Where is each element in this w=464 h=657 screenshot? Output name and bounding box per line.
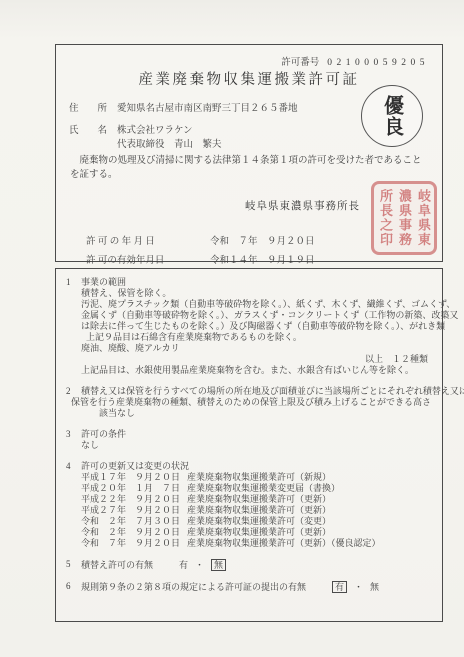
scope-total: 以上 １２種類: [81, 354, 432, 365]
scanned-permit-document: 許可番号02100059205 産業廃棄物収集運搬業許可証 住 所愛知県名古屋市…: [0, 0, 464, 657]
history-desc: 産業廃棄物収集運搬業許可（更新）: [187, 505, 331, 516]
issuer-title: 岐阜県東濃県事務所長: [245, 198, 360, 213]
option-yes-selected: 有: [332, 581, 347, 593]
certification-statement: 廃棄物の処理及び清掃に関する法律第１４条第１項の許可を受けた者であることを証する…: [70, 155, 428, 182]
official-red-seal: 岐阜県東濃県事務所長之印: [371, 181, 437, 255]
section-number: 1: [66, 277, 81, 376]
conditions-heading: 許可の条件: [81, 429, 432, 440]
option-separator: ・: [195, 560, 204, 571]
history-date: 令和 ２年 ９月２０日: [81, 527, 187, 538]
submission-label: 規則第９条の２第８項の規定による許可証の提出の有無: [81, 582, 306, 593]
history-row: 平成１７年 ９月２０日 産業廃棄物収集運搬業許可（新規）: [81, 472, 432, 483]
history-date: 令和 ７年 ９月２０日: [81, 538, 187, 549]
history-row: 令和 ２年 ７月３０日 産業廃棄物収集運搬業許可（変更）: [81, 516, 432, 527]
scope-line: 廃油、廃酸、廃アルカリ: [81, 343, 432, 354]
numbered-sections: 1 事業の範囲 積替え、保管を除く。 汚泥、廃プラスチック類（自動車等破砕物を除…: [56, 269, 442, 621]
transfer-permit-label: 積替え許可の有無: [81, 560, 153, 571]
transfer-line: 積替え又は保管を行うすべての場所の所在地及び面積並びに当該場所ごとにそれぞれ積替…: [81, 386, 432, 397]
permit-details-box: 1 事業の範囲 積替え、保管を除く。 汚泥、廃プラスチック類（自動車等破砕物を除…: [55, 268, 443, 622]
history-desc: 産業廃棄物収集運搬業許可（新規）: [187, 472, 331, 483]
history-row: 令和 ２年 ９月２０日 産業廃棄物収集運搬業許可（更新）: [81, 527, 432, 538]
excellent-certification-badge: 優良: [361, 85, 423, 147]
option-no: 無: [370, 582, 379, 593]
history-date: 令和 ２年 ７月３０日: [81, 516, 187, 527]
expire-date-value: 令和１４年 ９月１９日: [210, 252, 315, 266]
scope-line: は除去に伴って生じたものを除く。）及び陶磁器くず（自動車等破砕物を除く。）、がれ…: [81, 321, 432, 332]
section-transfer-permit-yesno: 5 積替え許可の有無 有 ・ 無: [66, 559, 432, 571]
section-number: 3: [66, 429, 81, 451]
history-desc: 産業廃棄物収集運搬業許可（更新）: [187, 494, 331, 505]
option-separator: ・: [354, 582, 363, 593]
conditions-answer: なし: [81, 440, 432, 451]
permit-header-box: 許可番号02100059205 産業廃棄物収集運搬業許可証 住 所愛知県名古屋市…: [55, 44, 443, 262]
permit-dates-block: 許 可 の 年 月 日 令和 ７年 ９月２０日 許 可の有効年月日 令和１４年 …: [86, 233, 315, 266]
section1-heading: 事業の範囲: [81, 277, 432, 288]
scope-note: 上記品目は、水銀使用製品産業廃棄物を含む。また、水銀含有ばいじん等を除く。: [81, 365, 432, 376]
scope-line: 上記９品目は石綿含有産業廃棄物であるものを除く。: [86, 332, 432, 343]
address-value: 愛知県名古屋市南区南野三丁目２６５番地: [117, 104, 298, 114]
history-date: 平成２７年 ９月２０日: [81, 505, 187, 516]
name-value: 株式会社ワラケン: [117, 126, 193, 136]
section-permit-conditions: 3 許可の条件 なし: [66, 429, 432, 451]
history-row: 平成２２年 ９月２０日 産業廃棄物収集運搬業許可（更新）: [81, 494, 432, 505]
history-heading: 許可の更新又は変更の状況: [81, 461, 432, 472]
section-number: 5: [66, 559, 81, 571]
issue-date-value: 令和 ７年 ９月２０日: [210, 233, 315, 247]
section-transfer-storage: 2 積替え又は保管を行うすべての場所の所在地及び面積並びに当該場所ごとにそれぞれ…: [66, 386, 432, 419]
history-date: 平成２２年 ９月２０日: [81, 494, 187, 505]
history-desc: 産業廃棄物収集運搬業許可（更新）: [187, 527, 331, 538]
permit-number-value: 02100059205: [327, 58, 429, 68]
name-row: 氏 名株式会社ワラケン: [69, 122, 193, 136]
expire-date-label: 許 可の有効年月日: [86, 252, 210, 266]
option-no-selected: 無: [211, 559, 226, 571]
history-row: 平成２７年 ９月２０日 産業廃棄物収集運搬業許可（更新）: [81, 505, 432, 516]
history-desc: 産業廃棄物収集運搬業許可（変更）: [187, 516, 331, 527]
scope-line: 汚泥、廃プラスチック類（自動車等破砕物を除く。）、紙くず、木くず、繊維くず、ゴム…: [81, 299, 432, 310]
transfer-permit-options: 積替え許可の有無 有 ・ 無: [81, 559, 432, 571]
representative-row: 代表取締役 青山 繁夫: [117, 136, 222, 150]
section-number: 6: [66, 581, 81, 593]
history-date: 平成２０年 １月 ７日: [81, 483, 187, 494]
section-business-scope: 1 事業の範囲 積替え、保管を除く。 汚泥、廃プラスチック類（自動車等破砕物を除…: [66, 277, 432, 376]
address-label: 住 所: [69, 100, 117, 114]
history-desc: 産業廃棄物収集運搬業許可（更新）（優良認定）: [187, 538, 381, 549]
permit-number-line: 許可番号02100059205: [281, 54, 429, 68]
history-row: 平成２０年 １月 ７日 産業廃棄物収集運搬業変更届（書換）: [81, 483, 432, 494]
name-label: 氏 名: [69, 122, 117, 136]
transfer-line: 保管を行う産業廃棄物の種類、積替えのための保管上限及び積み上げることができる高さ: [71, 397, 432, 408]
issue-date-label: 許 可 の 年 月 日: [86, 233, 210, 247]
history-row: 令和 ７年 ９月２０日 産業廃棄物収集運搬業許可（更新）（優良認定）: [81, 538, 432, 549]
permit-number-label: 許可番号: [281, 58, 319, 68]
section-renewal-history: 4 許可の更新又は変更の状況 平成１７年 ９月２０日 産業廃棄物収集運搬業許可（…: [66, 461, 432, 549]
scope-line: 積替え、保管を除く。: [81, 288, 432, 299]
transfer-answer: 該当なし: [99, 408, 432, 419]
section-number: 4: [66, 461, 81, 549]
section-certificate-submission-yesno: 6 規則第９条の２第８項の規定による許可証の提出の有無 有 ・ 無: [66, 581, 432, 593]
history-desc: 産業廃棄物収集運搬業変更届（書換）: [187, 483, 340, 494]
submission-options: 規則第９条の２第８項の規定による許可証の提出の有無 有 ・ 無: [81, 581, 432, 593]
scope-line: 金属くず（自動車等破砕物を除く。）、ガラスくず・コンクリートくず（工作物の新築、…: [81, 310, 432, 321]
option-yes: 有: [179, 560, 188, 571]
address-row: 住 所愛知県名古屋市南区南野三丁目２６５番地: [69, 100, 298, 114]
history-date: 平成１７年 ９月２０日: [81, 472, 187, 483]
